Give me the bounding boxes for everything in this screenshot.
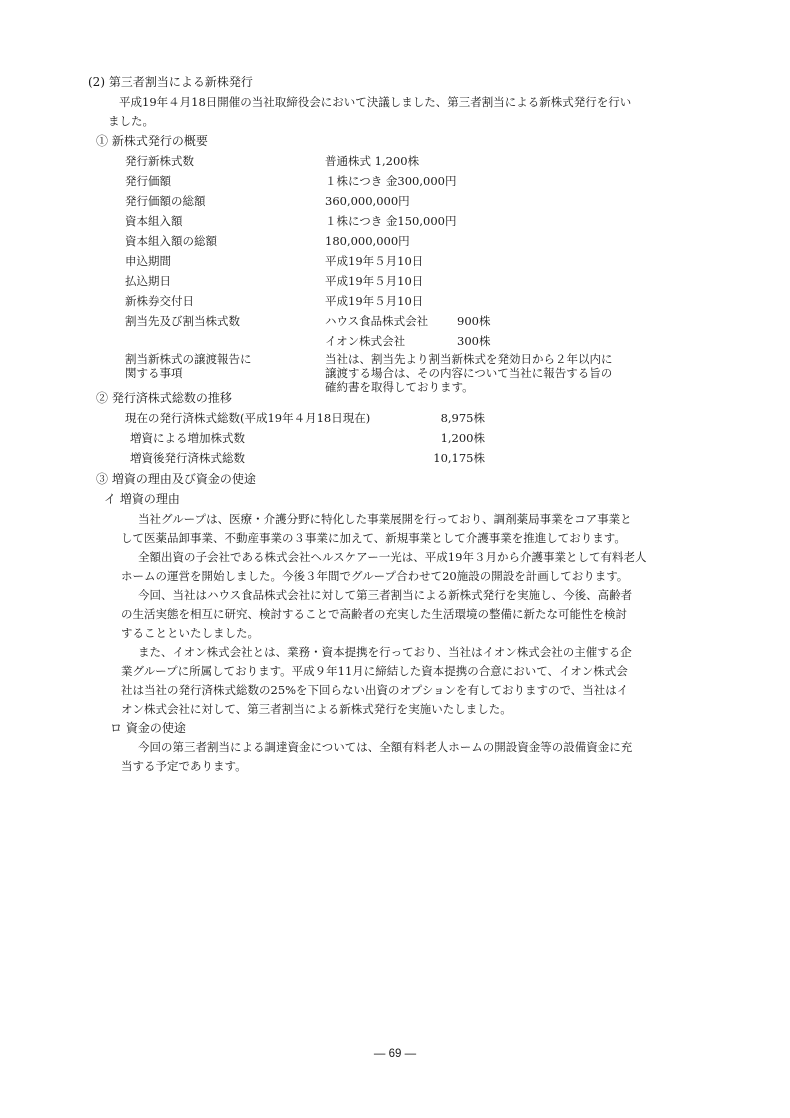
shares-change-heading: ② 発行済株式総数の推移 [96, 391, 232, 405]
shares-label: 増資後発行済株式総数 [130, 451, 245, 465]
allocation-shares: 900株 [457, 314, 490, 328]
transfer-value: 譲渡する場合は、その内容について当社に報告する旨の [325, 366, 612, 380]
reason-line: 全額出資の子会社である株式会社ヘルスケアー一光は、平成19年３月から介護事業とし… [138, 550, 646, 564]
overview-value: 360,000,000円 [325, 194, 410, 208]
allocation-shares: 300株 [457, 334, 490, 348]
overview-value: １株につき 金150,000円 [325, 214, 456, 228]
reason-line: して医薬品卸事業、不動産事業の３事業に加えて、新規事業として介護事業を推進してお… [121, 531, 626, 545]
page-number: — 69 — [0, 1048, 790, 1060]
overview-label: 資本組入額 [125, 214, 183, 228]
transfer-label: 割当新株式の譲渡報告に [125, 352, 252, 366]
overview-label: 発行価額の総額 [125, 194, 206, 208]
reasons-heading: ③ 増資の理由及び資金の使途 [96, 472, 256, 486]
overview-label: 資本組入額の総額 [125, 234, 217, 248]
transfer-value: 当社は、割当先より割当新株式を発効日から２年以内に [325, 352, 613, 366]
allocation-label: 割当先及び割当株式数 [125, 314, 240, 328]
reason-line: 今回、当社はハウス食品株式会社に対して第三者割当による新株式発行を実施し、今後、… [138, 588, 632, 602]
intro-line-1: 平成19年４月18日開催の当社取締役会において決議しました、第三者割当による新株… [119, 95, 631, 109]
reason-line: 業グループに所属しております。平成９年11月に締結した資本提携の合意において、イ… [121, 664, 628, 678]
reason-line: の生活実態を相互に研究、検討することで高齢者の充実した生活環境の整備に新たな可能… [121, 607, 627, 621]
overview-value: 普通株式 1,200株 [325, 154, 419, 168]
shares-value: 1,200株 [380, 431, 485, 445]
shares-value: 8,975株 [380, 411, 485, 425]
overview-value: 平成19年５月10日 [325, 254, 423, 268]
use-line: 今回の第三者割当による調達資金については、全額有料老人ホームの開設資金等の設備資… [138, 740, 632, 754]
overview-label: 払込期日 [125, 274, 171, 288]
overview-value: 平成19年５月10日 [325, 294, 423, 308]
overview-value: 180,000,000円 [325, 234, 410, 248]
allocation-name: イオン株式会社 [325, 334, 405, 348]
shares-label: 現在の発行済株式総数(平成19年４月18日現在) [125, 411, 370, 425]
transfer-value: 確約書を取得しております。 [325, 380, 474, 394]
reason-line: オン株式会社に対して、第三者割当による新株式発行を実施いたしました。 [121, 702, 512, 716]
reason-line: することといたしました。 [121, 626, 259, 640]
reason-line: ホームの運営を開始しました。今後３年間でグループ合わせて20施設の開設を計画して… [121, 569, 628, 583]
overview-value: 平成19年５月10日 [325, 274, 423, 288]
overview-label: 発行新株式数 [125, 154, 194, 168]
overview-heading: ① 新株式発行の概要 [96, 134, 208, 148]
shares-value: 10,175株 [380, 451, 485, 465]
reason-line: 当社グループは、医療・介護分野に特化した事業展開を行っており、調剤薬局事業をコア… [138, 512, 632, 526]
transfer-label: 関する事項 [125, 366, 183, 380]
overview-value: １株につき 金300,000円 [325, 174, 456, 188]
overview-label: 発行価額 [125, 174, 171, 188]
reason-line: 社は当社の発行済株式総数の25%を下回らない出資のオプションを有しておりますので… [121, 683, 628, 697]
allocation-name: ハウス食品株式会社 [325, 314, 428, 328]
use-line: 当する予定であります。 [121, 759, 247, 773]
overview-label: 申込期間 [125, 254, 171, 268]
shares-label: 増資による増加株式数 [130, 431, 245, 445]
section-heading: (2) 第三者割当による新株発行 [88, 75, 253, 89]
use-heading: ロ 資金の使途 [110, 721, 186, 735]
overview-label: 新株券交付日 [125, 294, 194, 308]
intro-line-2: ました。 [108, 114, 154, 128]
reason-line: また、イオン株式会社とは、業務・資本提携を行っており、当社はイオン株式会社の主催… [138, 645, 632, 659]
reason-heading: イ 増資の理由 [104, 492, 180, 506]
